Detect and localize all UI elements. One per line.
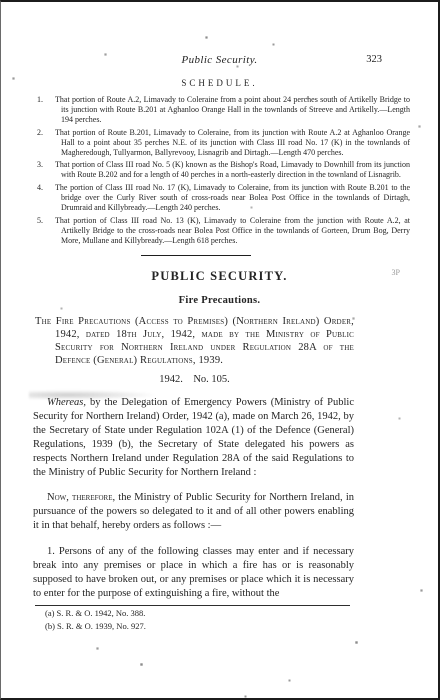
footnote-b: (b) S. R. & O. 1939, No. 927. bbox=[45, 622, 438, 632]
now-lead: Now, therefore, bbox=[47, 492, 115, 503]
footnote-rule bbox=[35, 605, 350, 606]
clause-number: 1. bbox=[47, 546, 55, 557]
paragraph-now-therefore: Now, therefore, the Ministry of Public S… bbox=[33, 491, 354, 533]
schedule-item-number: 4. bbox=[37, 183, 55, 193]
schedule-item-number: 5. bbox=[37, 216, 55, 226]
order-title: The Fire Precautions (Access to Premises… bbox=[35, 315, 354, 367]
schedule-heading: SCHEDULE. bbox=[1, 78, 438, 88]
schedule-item-text: That portion of Route B.201, Limavady to… bbox=[55, 128, 410, 157]
section-divider-rule bbox=[141, 255, 251, 256]
order-section: PUBLIC SECURITY. Fire Precautions. The F… bbox=[1, 269, 438, 631]
schedule-item-2: 2.That portion of Route B.201, Limavady … bbox=[37, 128, 410, 158]
printer-signature-mark: 3P bbox=[392, 268, 400, 277]
scanned-document-page: Public Security. 323 SCHEDULE. 1.That po… bbox=[0, 0, 440, 700]
whereas-text: by the Delegation of Emergency Powers (M… bbox=[33, 397, 354, 478]
footnote-a: (a) S. R. & O. 1942, No. 388. bbox=[45, 609, 438, 619]
schedule-item-number: 1. bbox=[37, 95, 55, 105]
schedule-item-text: That portion of Route A.2, Limavady to C… bbox=[55, 95, 410, 124]
schedule-section: SCHEDULE. 1.That portion of Route A.2, L… bbox=[1, 78, 438, 246]
section-heading: PUBLIC SECURITY. bbox=[1, 269, 438, 284]
running-header-title: Public Security. bbox=[181, 54, 257, 66]
order-number-line: 1942. No. 105. bbox=[35, 374, 354, 385]
running-header: Public Security. 323 bbox=[1, 54, 438, 67]
schedule-item-1: 1.That portion of Route A.2, Limavady to… bbox=[37, 95, 410, 125]
schedule-item-number: 3. bbox=[37, 160, 55, 170]
clause-text: Persons of any of the following classes … bbox=[33, 546, 354, 599]
schedule-item-number: 2. bbox=[37, 128, 55, 138]
paragraph-clause-1: 1.Persons of any of the following classe… bbox=[33, 545, 354, 601]
schedule-item-4: 4.The portion of Class III road No. 17 (… bbox=[37, 183, 410, 213]
schedule-item-3: 3.That portion of Class III road No. 5 (… bbox=[37, 160, 410, 180]
paragraph-whereas: Whereas, by the Delegation of Emergency … bbox=[33, 396, 354, 481]
schedule-item-text: That portion of Class III road No. 13 (K… bbox=[55, 216, 410, 245]
page-number: 323 bbox=[366, 54, 382, 65]
schedule-item-text: The portion of Class III road No. 17 (K)… bbox=[55, 183, 410, 212]
schedule-item-5: 5.That portion of Class III road No. 13 … bbox=[37, 216, 410, 246]
section-subheading: Fire Precautions. bbox=[1, 295, 438, 306]
schedule-item-text: That portion of Class III road No. 5 (K)… bbox=[55, 160, 410, 179]
scan-noise-specks bbox=[1, 2, 2, 3]
whereas-lead: Whereas, bbox=[47, 397, 86, 408]
